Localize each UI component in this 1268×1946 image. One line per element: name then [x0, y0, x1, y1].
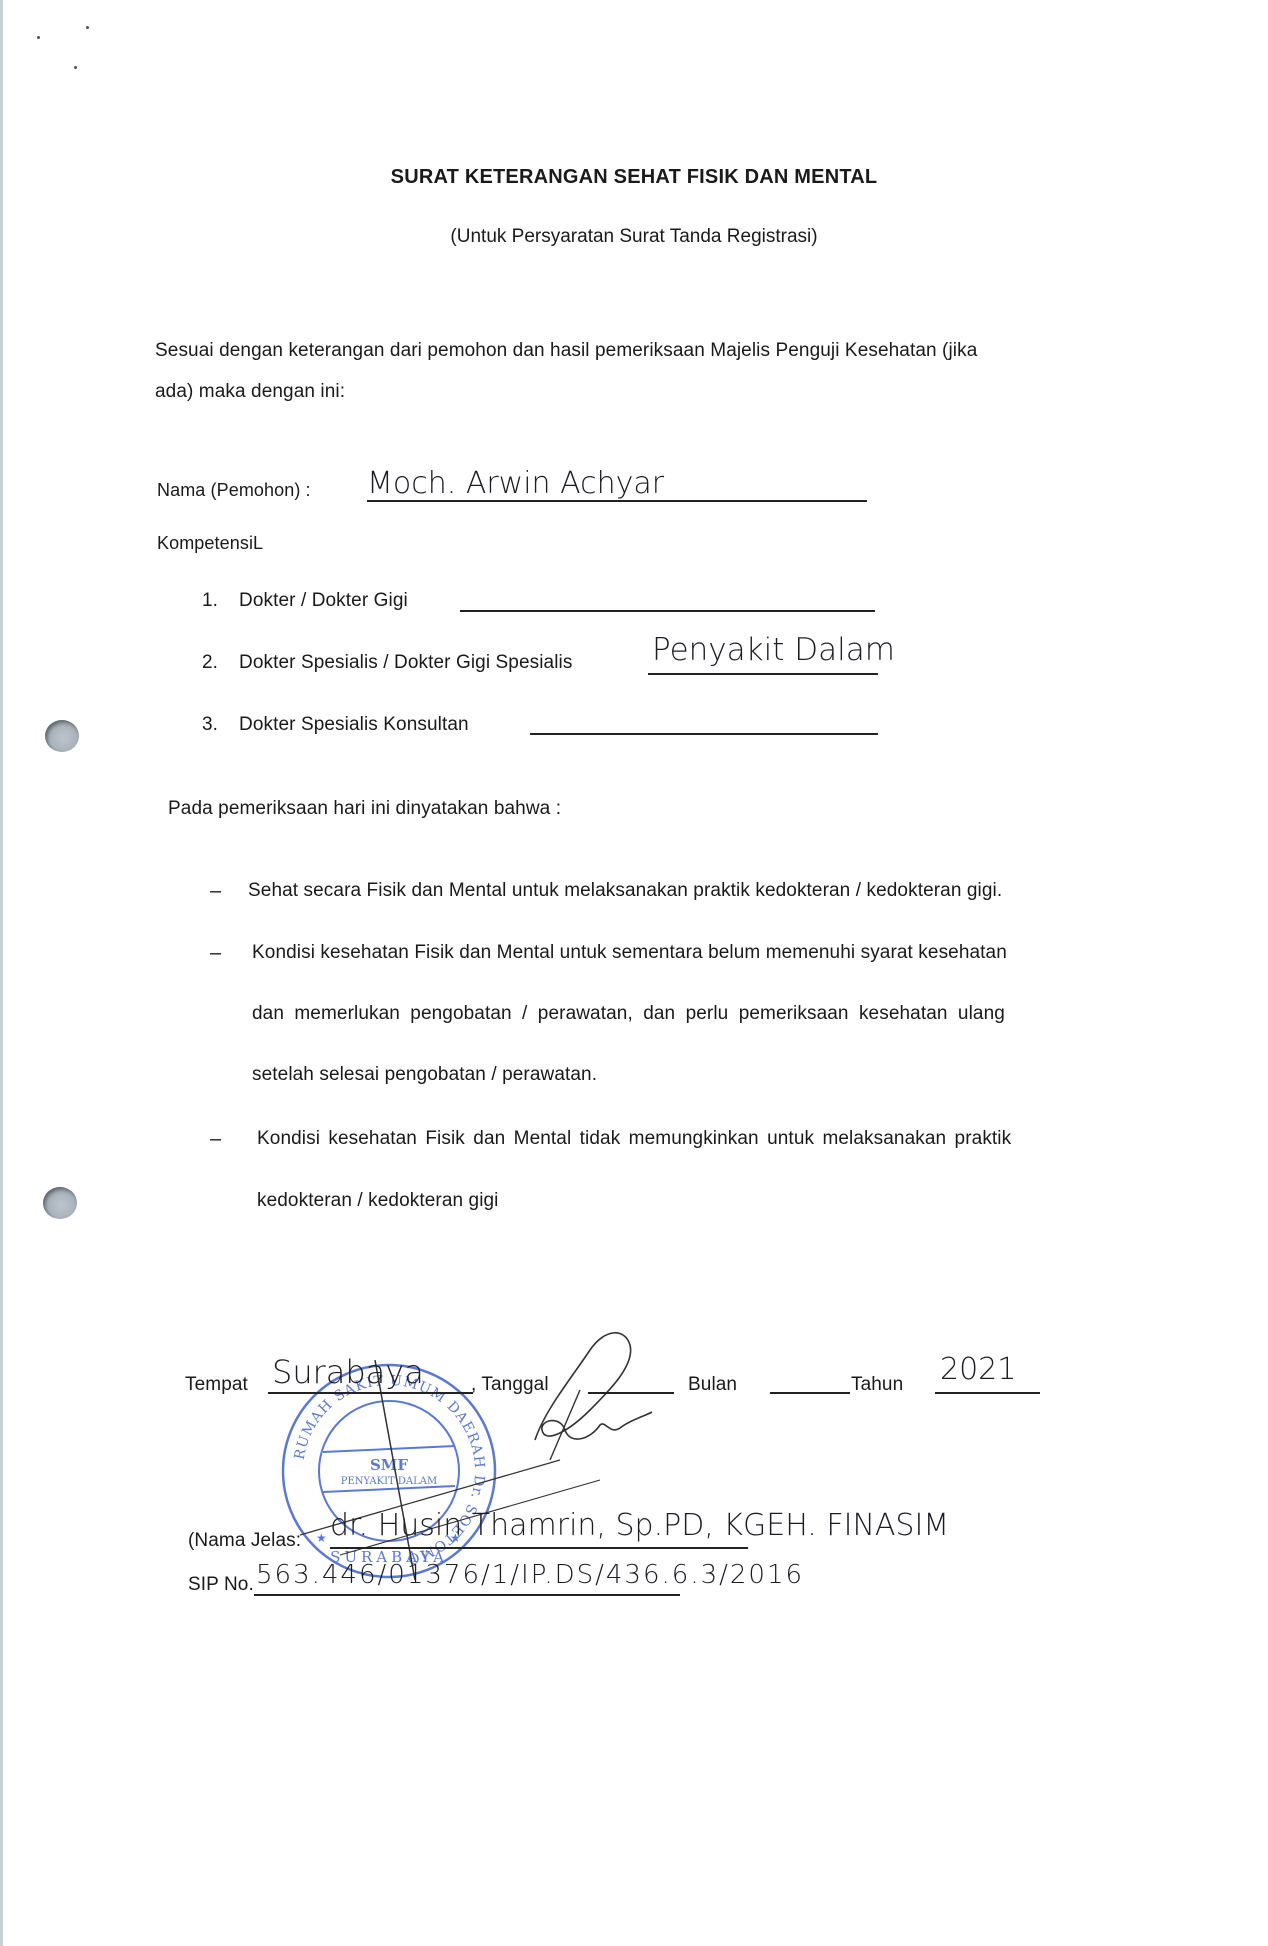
- competence-item-1-number: 1.: [202, 590, 218, 612]
- competence-item-2-label: Dokter Spesialis / Dokter Gigi Spesialis: [239, 652, 572, 674]
- statement-1-line1: Sehat secara Fisik dan Mental untuk mela…: [248, 880, 1002, 902]
- scan-speck: [74, 66, 77, 69]
- year-label: Tahun: [851, 1374, 903, 1396]
- competence-label: KompetensiL: [157, 533, 263, 554]
- competence-item-1-label: Dokter / Dokter Gigi: [239, 590, 408, 612]
- competence-item-1-line: [460, 610, 875, 612]
- competence-item-3-label: Dokter Spesialis Konsultan: [239, 714, 469, 736]
- month-line: [770, 1392, 850, 1394]
- signer-name-handwritten: dr. Husin Thamrin, Sp.PD, KGEH. FINASIM: [330, 1508, 949, 1543]
- statement-3-line1: Kondisi kesehatan Fisik dan Mental tidak…: [257, 1128, 1011, 1150]
- applicant-name-handwritten: Moch. Arwin Achyar: [367, 466, 664, 501]
- year-line: [935, 1392, 1040, 1394]
- applicant-label: Nama (Pemohon) :: [157, 480, 311, 501]
- place-line: [268, 1392, 473, 1394]
- statement-intro: Pada pemeriksaan hari ini dinyatakan bah…: [168, 798, 561, 820]
- date-line: [588, 1392, 674, 1394]
- competence-item-3-number: 3.: [202, 714, 218, 736]
- competence-item-2-handwritten: Penyakit Dalam: [652, 632, 895, 668]
- statement-2-bullet: –: [210, 942, 221, 965]
- competence-item-2-number: 2.: [202, 652, 218, 674]
- statement-3-line2: kedokteran / kedokteran gigi: [257, 1190, 499, 1212]
- year-handwritten: 2021: [940, 1352, 1016, 1387]
- document-subtitle: (Untuk Persyaratan Surat Tanda Registras…: [0, 226, 1268, 248]
- scan-speck: [37, 36, 40, 39]
- statement-1-bullet: –: [210, 880, 221, 903]
- signer-name-line: [330, 1547, 748, 1549]
- scan-edge: [0, 0, 3, 1946]
- intro-text-line2: ada) maka dengan ini:: [155, 381, 345, 403]
- statement-3-bullet: –: [210, 1128, 221, 1151]
- sip-line: [254, 1594, 680, 1596]
- intro-text-line1: Sesuai dengan keterangan dari pemohon da…: [155, 340, 977, 362]
- statement-2-line3: setelah selesai pengobatan / perawatan.: [252, 1064, 597, 1086]
- place-handwritten: Surabaya: [272, 1353, 424, 1391]
- punch-hole: [43, 1187, 77, 1219]
- competence-item-2-line: [648, 673, 878, 675]
- applicant-name-line: [367, 500, 867, 502]
- document-title: SURAT KETERANGAN SEHAT FISIK DAN MENTAL: [0, 166, 1268, 189]
- sip-label: SIP No.: [188, 1574, 254, 1596]
- signer-name-label: (Nama Jelas:: [188, 1530, 301, 1552]
- statement-2-line1: Kondisi kesehatan Fisik dan Mental untuk…: [252, 942, 1007, 964]
- competence-item-3-line: [530, 733, 878, 735]
- date-label: , Tanggal: [471, 1374, 549, 1396]
- place-label: Tempat: [185, 1374, 248, 1396]
- statement-2-line2: dan memerlukan pengobatan / perawatan, d…: [252, 1003, 1005, 1025]
- month-label: Bulan: [688, 1374, 737, 1396]
- punch-hole: [45, 720, 79, 752]
- sip-handwritten: 563.446/01376/1/IP.DS/436.6.3/2016: [256, 1560, 804, 1590]
- scan-speck: [86, 26, 89, 29]
